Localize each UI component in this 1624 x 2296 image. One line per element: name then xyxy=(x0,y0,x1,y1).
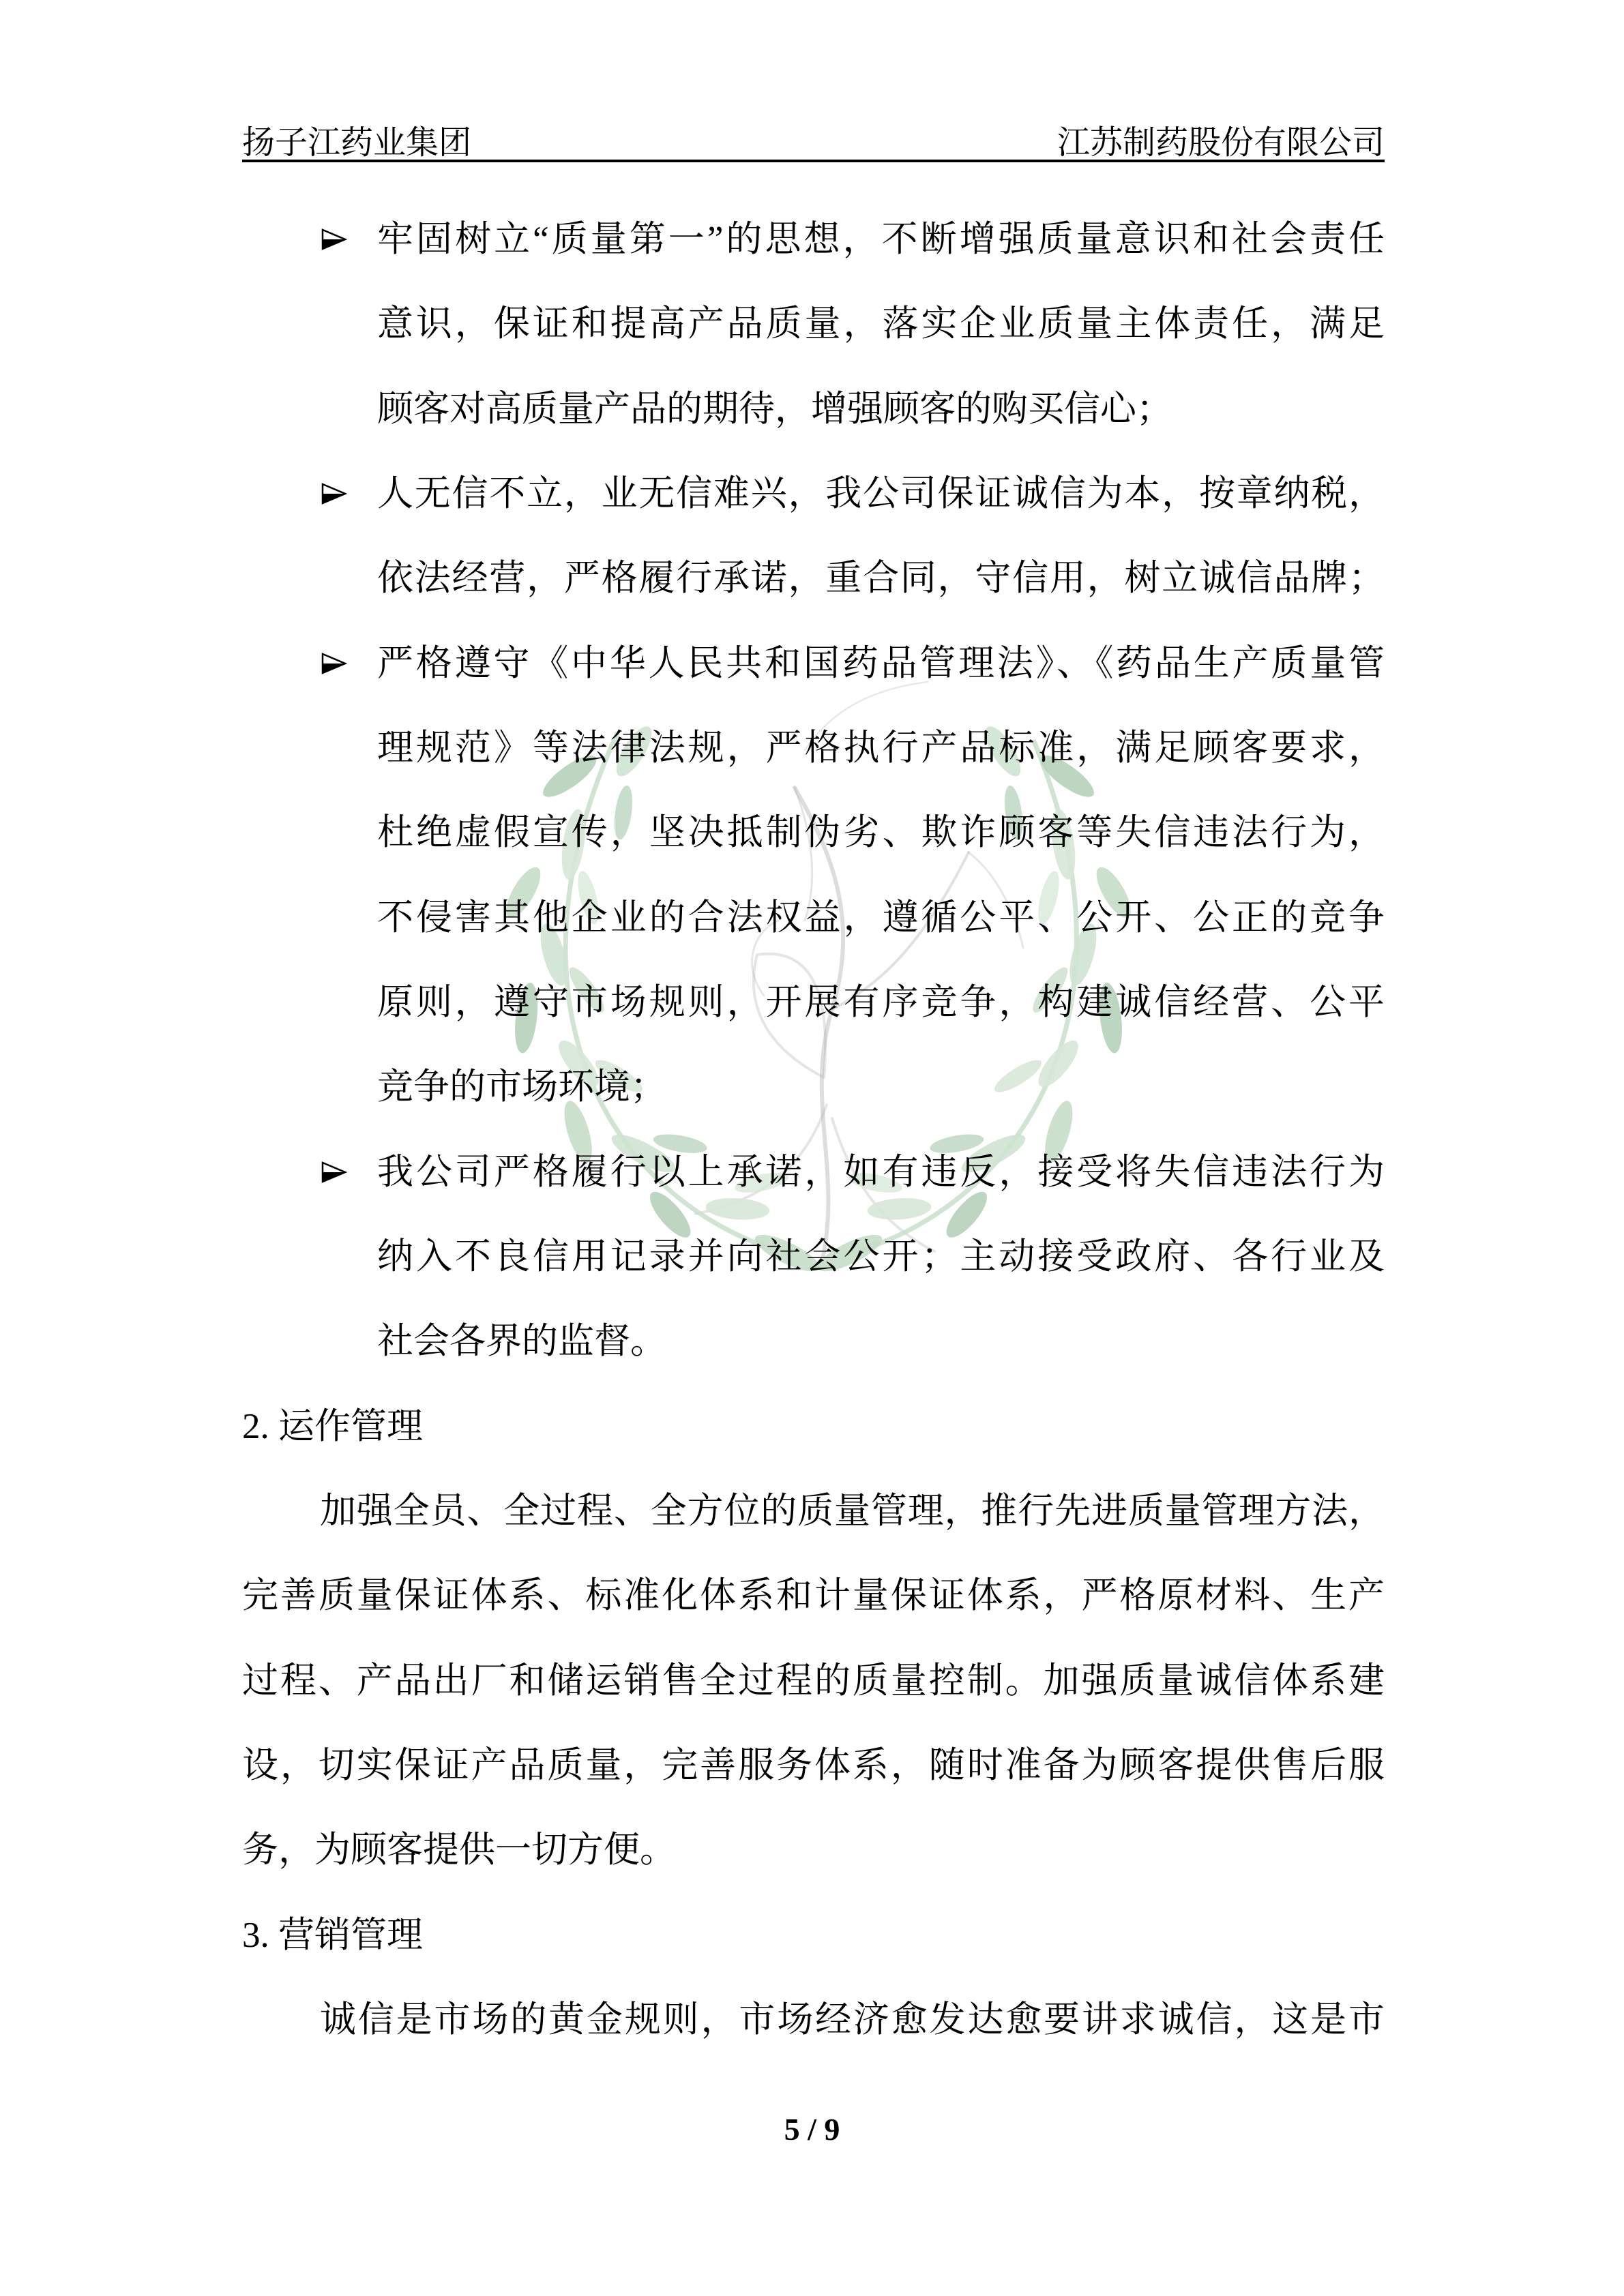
text-line: 过程、产品出厂和储运销售全过程的质量控制。加强质量诚信体系建 xyxy=(242,1639,1385,1723)
line-text: 原则，遵守市场规则，开展有序竞争，构建诚信经营、公平 xyxy=(377,983,1385,1022)
text-line: 务，为顾客提供一切方便。 xyxy=(242,1808,1385,1892)
text-line: 我公司严格履行以上承诺，如有违反，接受将失信违法行为 xyxy=(242,1130,1385,1214)
text-line: 牢固树立“质量第一”的思想，不断增强质量意识和社会责任 xyxy=(242,197,1385,282)
line-text: 3. 营销管理 xyxy=(242,1915,423,1955)
text-line: 顾客对高质量产品的期待，增强顾客的购买信心； xyxy=(242,367,1385,451)
text-line: 严格遵守《中华人民共和国药品管理法》、《药品生产质量管 xyxy=(242,621,1385,706)
section-heading: 3. 营销管理 xyxy=(242,1893,1385,1978)
text-line: 不侵害其他企业的合法权益，遵循公平、公开、公正的竞争 xyxy=(242,876,1385,960)
line-text: 竞争的市场环境； xyxy=(377,1067,666,1107)
text-line: 加强全员、全过程、全方位的质量管理，推行先进质量管理方法， xyxy=(242,1469,1385,1553)
line-text: 社会各界的监督。 xyxy=(377,1322,666,1361)
bullet-arrow-icon xyxy=(321,197,348,282)
line-text: 牢固树立“质量第一”的思想，不断增强质量意识和社会责任 xyxy=(377,220,1385,259)
line-text: 2. 运作管理 xyxy=(242,1407,423,1446)
line-text: 依法经营，严格履行承诺，重合同，守信用，树立诚信品牌； xyxy=(377,558,1385,598)
header-left-company: 扬子江药业集团 xyxy=(242,125,471,161)
bullet-arrow-icon xyxy=(321,1130,348,1214)
page-number: 5 / 9 xyxy=(0,2111,1624,2147)
line-text: 人无信不立，业无信难兴，我公司保证诚信为本，按章纳税， xyxy=(377,474,1385,513)
text-line: 社会各界的监督。 xyxy=(242,1299,1385,1384)
document-page: 扬子江药业集团 江苏制药股份有限公司 牢固树立“质量第一”的思想，不断增强质量意… xyxy=(0,0,1624,2296)
line-text: 完善质量保证体系、标准化体系和计量保证体系，严格原材料、生产 xyxy=(242,1576,1385,1615)
line-text: 不侵害其他企业的合法权益，遵循公平、公开、公正的竞争 xyxy=(377,898,1385,938)
header-right-company: 江苏制药股份有限公司 xyxy=(1057,125,1385,161)
bullet-arrow-icon xyxy=(321,621,348,706)
text-line: 杜绝虚假宣传，坚决抵制伪劣、欺诈顾客等失信违法行为， xyxy=(242,790,1385,875)
text-line: 人无信不立，业无信难兴，我公司保证诚信为本，按章纳税， xyxy=(242,451,1385,536)
line-text: 严格遵守《中华人民共和国药品管理法》、《药品生产质量管 xyxy=(377,644,1385,683)
text-line: 竞争的市场环境； xyxy=(242,1045,1385,1129)
text-line: 理规范》等法律法规，严格执行产品标准，满足顾客要求， xyxy=(242,706,1385,790)
bullet-arrow-icon xyxy=(321,451,348,536)
text-line: 意识，保证和提高产品质量，落实企业质量主体责任，满足 xyxy=(242,282,1385,366)
line-text: 顾客对高质量产品的期待，增强顾客的购买信心； xyxy=(377,389,1172,429)
line-text: 理规范》等法律法规，严格执行产品标准，满足顾客要求， xyxy=(377,728,1385,768)
text-line: 设，切实保证产品质量，完善服务体系，随时准备为顾客提供售后服 xyxy=(242,1723,1385,1808)
text-line: 诚信是市场的黄金规则，市场经济愈发达愈要讲求诚信，这是市 xyxy=(242,1978,1385,2062)
line-text: 诚信是市场的黄金规则，市场经济愈发达愈要讲求诚信，这是市 xyxy=(320,2000,1385,2040)
body-text: 牢固树立“质量第一”的思想，不断增强质量意识和社会责任意识，保证和提高产品质量，… xyxy=(242,197,1385,2062)
section-heading: 2. 运作管理 xyxy=(242,1384,1385,1469)
line-text: 加强全员、全过程、全方位的质量管理，推行先进质量管理方法， xyxy=(320,1491,1385,1531)
text-line: 原则，遵守市场规则，开展有序竞争，构建诚信经营、公平 xyxy=(242,960,1385,1045)
text-line: 纳入不良信用记录并向社会公开；主动接受政府、各行业及 xyxy=(242,1214,1385,1299)
line-text: 过程、产品出厂和储运销售全过程的质量控制。加强质量诚信体系建 xyxy=(242,1661,1385,1701)
line-text: 我公司严格履行以上承诺，如有违反，接受将失信违法行为 xyxy=(377,1152,1385,1192)
line-text: 杜绝虚假宣传，坚决抵制伪劣、欺诈顾客等失信违法行为， xyxy=(377,813,1385,852)
line-text: 务，为顾客提供一切方便。 xyxy=(242,1830,676,1870)
text-line: 依法经营，严格履行承诺，重合同，守信用，树立诚信品牌； xyxy=(242,536,1385,621)
line-text: 意识，保证和提高产品质量，落实企业质量主体责任，满足 xyxy=(377,304,1385,344)
line-text: 纳入不良信用记录并向社会公开；主动接受政府、各行业及 xyxy=(377,1237,1385,1277)
header-rule xyxy=(242,160,1385,162)
line-text: 设，切实保证产品质量，完善服务体系，随时准备为顾客提供售后服 xyxy=(242,1746,1385,1785)
text-line: 完善质量保证体系、标准化体系和计量保证体系，严格原材料、生产 xyxy=(242,1553,1385,1638)
